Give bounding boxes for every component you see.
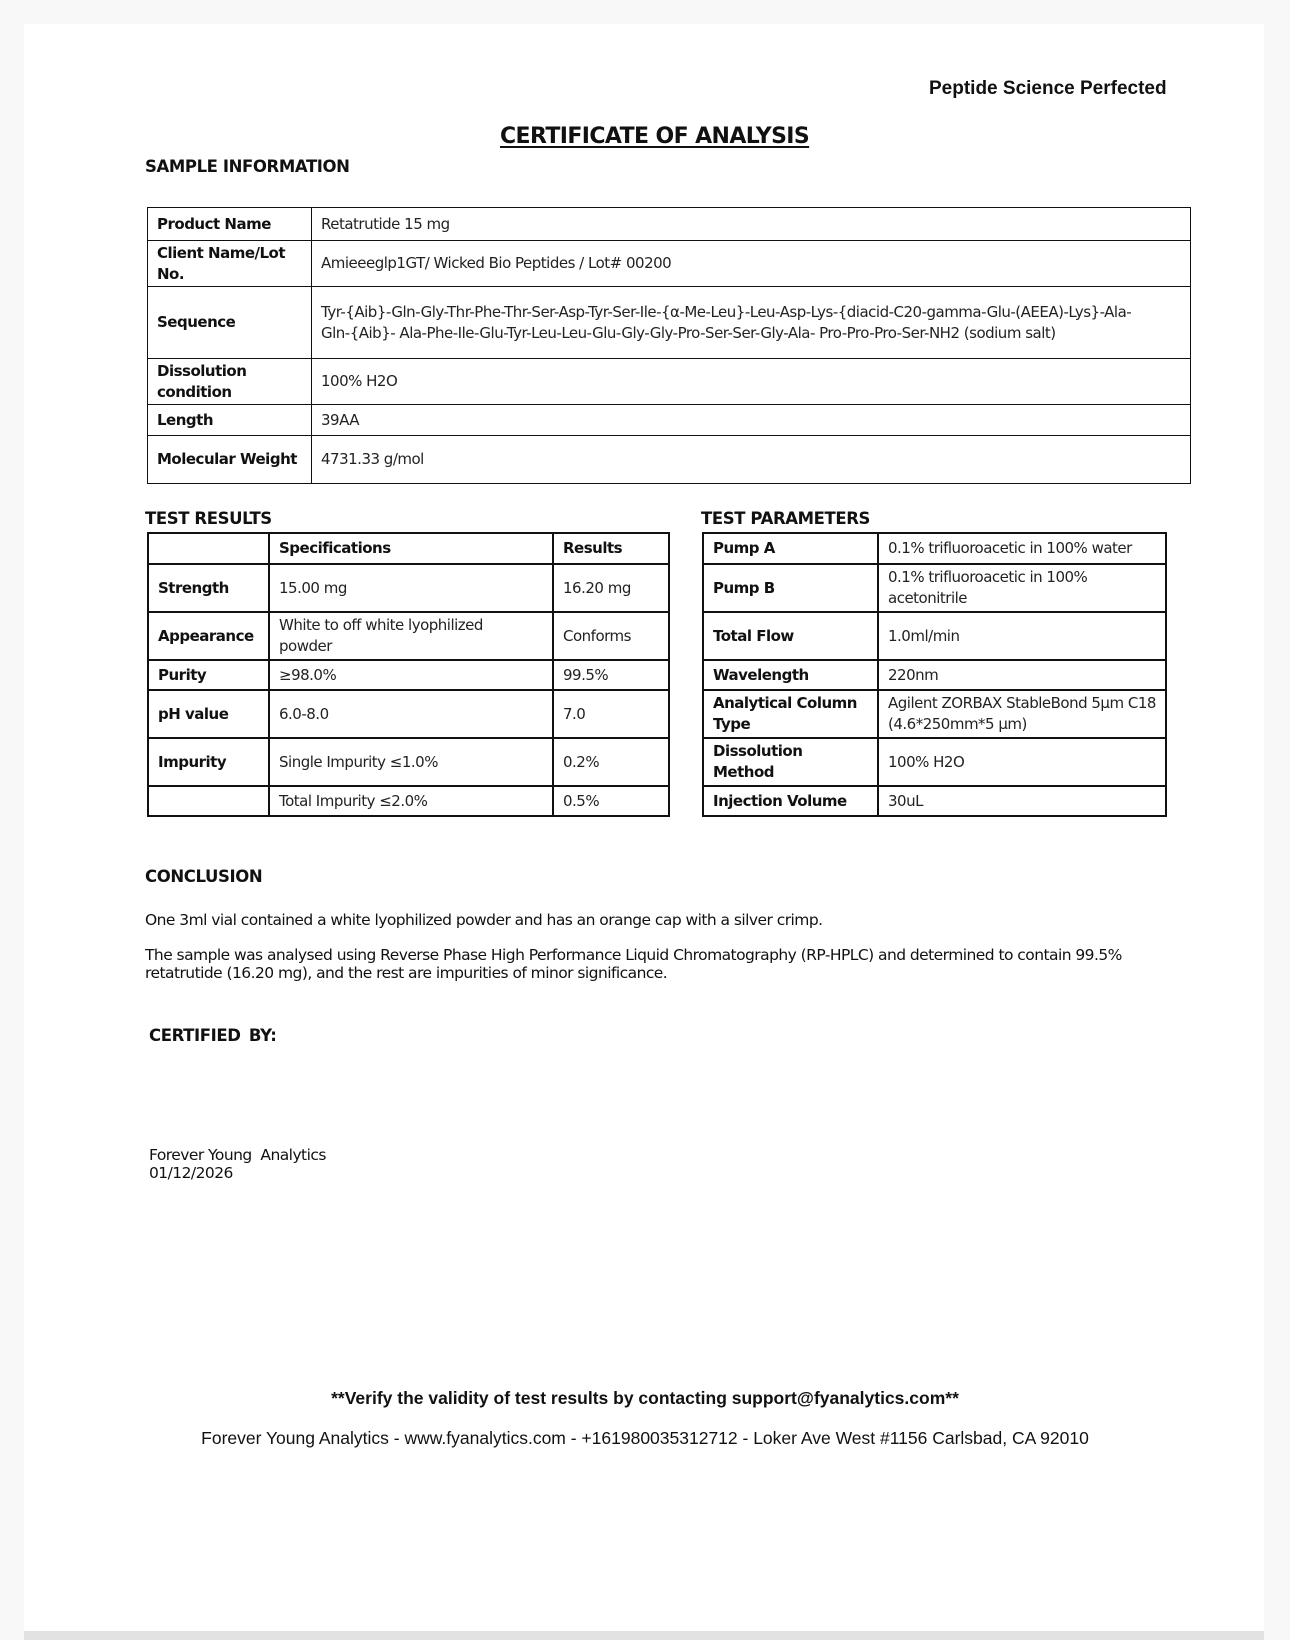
column-header-results: Results xyxy=(553,533,669,564)
test-name: Appearance xyxy=(148,612,269,660)
test-result: 7.0 xyxy=(553,690,669,738)
parameter-name: Analytical Column Type xyxy=(703,690,878,738)
company-tagline: Peptide Science Perfected xyxy=(929,78,1167,100)
parameter-value: Agilent ZORBAX StableBond 5µm C18 (4.6*2… xyxy=(878,690,1166,738)
parameter-value: 100% H2O xyxy=(878,738,1166,786)
table-row: Molecular Weight 4731.33 g/mol xyxy=(148,436,1191,484)
table-row: Pump A 0.1% trifluoroacetic in 100% wate… xyxy=(703,533,1166,564)
column-header-specifications: Specifications xyxy=(269,533,553,564)
table-row: Strength 15.00 mg 16.20 mg xyxy=(148,564,669,612)
row-label: Length xyxy=(148,405,312,436)
row-value: 39AA xyxy=(312,405,1191,436)
row-value: 4731.33 g/mol xyxy=(312,436,1191,484)
row-value: 100% H2O xyxy=(312,359,1191,405)
row-label: Product Name xyxy=(148,208,312,241)
parameter-name: Pump B xyxy=(703,564,878,612)
table-row: pH value 6.0-8.0 7.0 xyxy=(148,690,669,738)
table-row: Injection Volume 30uL xyxy=(703,786,1166,816)
verify-results-notice: **Verify the validity of test results by… xyxy=(0,1388,1290,1409)
certification-date: 01/12/2026 xyxy=(149,1164,233,1182)
test-result: 0.5% xyxy=(553,786,669,816)
parameter-value: 0.1% trifluoroacetic in 100% acetonitril… xyxy=(878,564,1166,612)
test-name: Strength xyxy=(148,564,269,612)
table-row: Analytical Column Type Agilent ZORBAX St… xyxy=(703,690,1166,738)
table-header-row: Specifications Results xyxy=(148,533,669,564)
parameter-value: 220nm xyxy=(878,660,1166,690)
table-row: Purity ≥98.0% 99.5% xyxy=(148,660,669,690)
parameter-name: Pump A xyxy=(703,533,878,564)
parameter-value: 30uL xyxy=(878,786,1166,816)
test-name: Purity xyxy=(148,660,269,690)
table-row: Wavelength 220nm xyxy=(703,660,1166,690)
test-name xyxy=(148,786,269,816)
row-value: Amieeeglp1GT/ Wicked Bio Peptides / Lot#… xyxy=(312,241,1191,287)
test-result: Conforms xyxy=(553,612,669,660)
test-result: 16.20 mg xyxy=(553,564,669,612)
table-row: Appearance White to off white lyophilize… xyxy=(148,612,669,660)
parameter-value: 1.0ml/min xyxy=(878,612,1166,660)
test-specification: ≥98.0% xyxy=(269,660,553,690)
conclusion-paragraph-vial: One 3ml vial contained a white lyophiliz… xyxy=(145,911,1155,929)
parameter-name: Dissolution Method xyxy=(703,738,878,786)
test-results-heading: TEST RESULTS xyxy=(145,509,272,528)
certifying-organization: Forever Young Analytics xyxy=(149,1146,326,1164)
table-row: Sequence Tyr-{Aib}-Gln-Gly-Thr-Phe-Thr-S… xyxy=(148,287,1191,359)
document-title: CERTIFICATE OF ANALYSIS xyxy=(500,124,809,149)
sample-information-heading: SAMPLE INFORMATION xyxy=(145,157,350,176)
table-row: Pump B 0.1% trifluoroacetic in 100% acet… xyxy=(703,564,1166,612)
test-result: 0.2% xyxy=(553,738,669,786)
table-row: Dissolution condition 100% H2O xyxy=(148,359,1191,405)
table-row: Length 39AA xyxy=(148,405,1191,436)
certified-by-heading: CERTIFIED BY: xyxy=(149,1026,276,1045)
parameter-name: Wavelength xyxy=(703,660,878,690)
test-specification: 15.00 mg xyxy=(269,564,553,612)
conclusion-paragraph-analysis: The sample was analysed using Reverse Ph… xyxy=(145,946,1145,982)
test-specification: Single Impurity ≤1.0% xyxy=(269,738,553,786)
row-label: Molecular Weight xyxy=(148,436,312,484)
parameter-name: Injection Volume xyxy=(703,786,878,816)
parameter-name: Total Flow xyxy=(703,612,878,660)
test-parameters-heading: TEST PARAMETERS xyxy=(701,509,870,528)
row-value: Retatrutide 15 mg xyxy=(312,208,1191,241)
table-row: Total Flow 1.0ml/min xyxy=(703,612,1166,660)
test-name: Impurity xyxy=(148,738,269,786)
row-value: Tyr-{Aib}-Gln-Gly-Thr-Phe-Thr-Ser-Asp-Ty… xyxy=(312,287,1191,359)
table-row: Dissolution Method 100% H2O xyxy=(703,738,1166,786)
test-results-table: Specifications Results Strength 15.00 mg… xyxy=(147,532,670,817)
page-bottom-band xyxy=(24,1631,1264,1640)
row-label: Sequence xyxy=(148,287,312,359)
parameter-value: 0.1% trifluoroacetic in 100% water xyxy=(878,533,1166,564)
test-specification: Total Impurity ≤2.0% xyxy=(269,786,553,816)
test-parameters-table: Pump A 0.1% trifluoroacetic in 100% wate… xyxy=(702,532,1167,817)
conclusion-heading: CONCLUSION xyxy=(145,867,262,886)
table-row: Total Impurity ≤2.0% 0.5% xyxy=(148,786,669,816)
table-row: Client Name/Lot No. Amieeeglp1GT/ Wicked… xyxy=(148,241,1191,287)
row-label: Client Name/Lot No. xyxy=(148,241,312,287)
contact-information: Forever Young Analytics - www.fyanalytic… xyxy=(0,1428,1290,1449)
test-name: pH value xyxy=(148,690,269,738)
column-header xyxy=(148,533,269,564)
row-label: Dissolution condition xyxy=(148,359,312,405)
sample-information-table: Product Name Retatrutide 15 mg Client Na… xyxy=(147,207,1191,484)
table-row: Impurity Single Impurity ≤1.0% 0.2% xyxy=(148,738,669,786)
table-row: Product Name Retatrutide 15 mg xyxy=(148,208,1191,241)
test-result: 99.5% xyxy=(553,660,669,690)
test-specification: White to off white lyophilized powder xyxy=(269,612,553,660)
test-specification: 6.0-8.0 xyxy=(269,690,553,738)
